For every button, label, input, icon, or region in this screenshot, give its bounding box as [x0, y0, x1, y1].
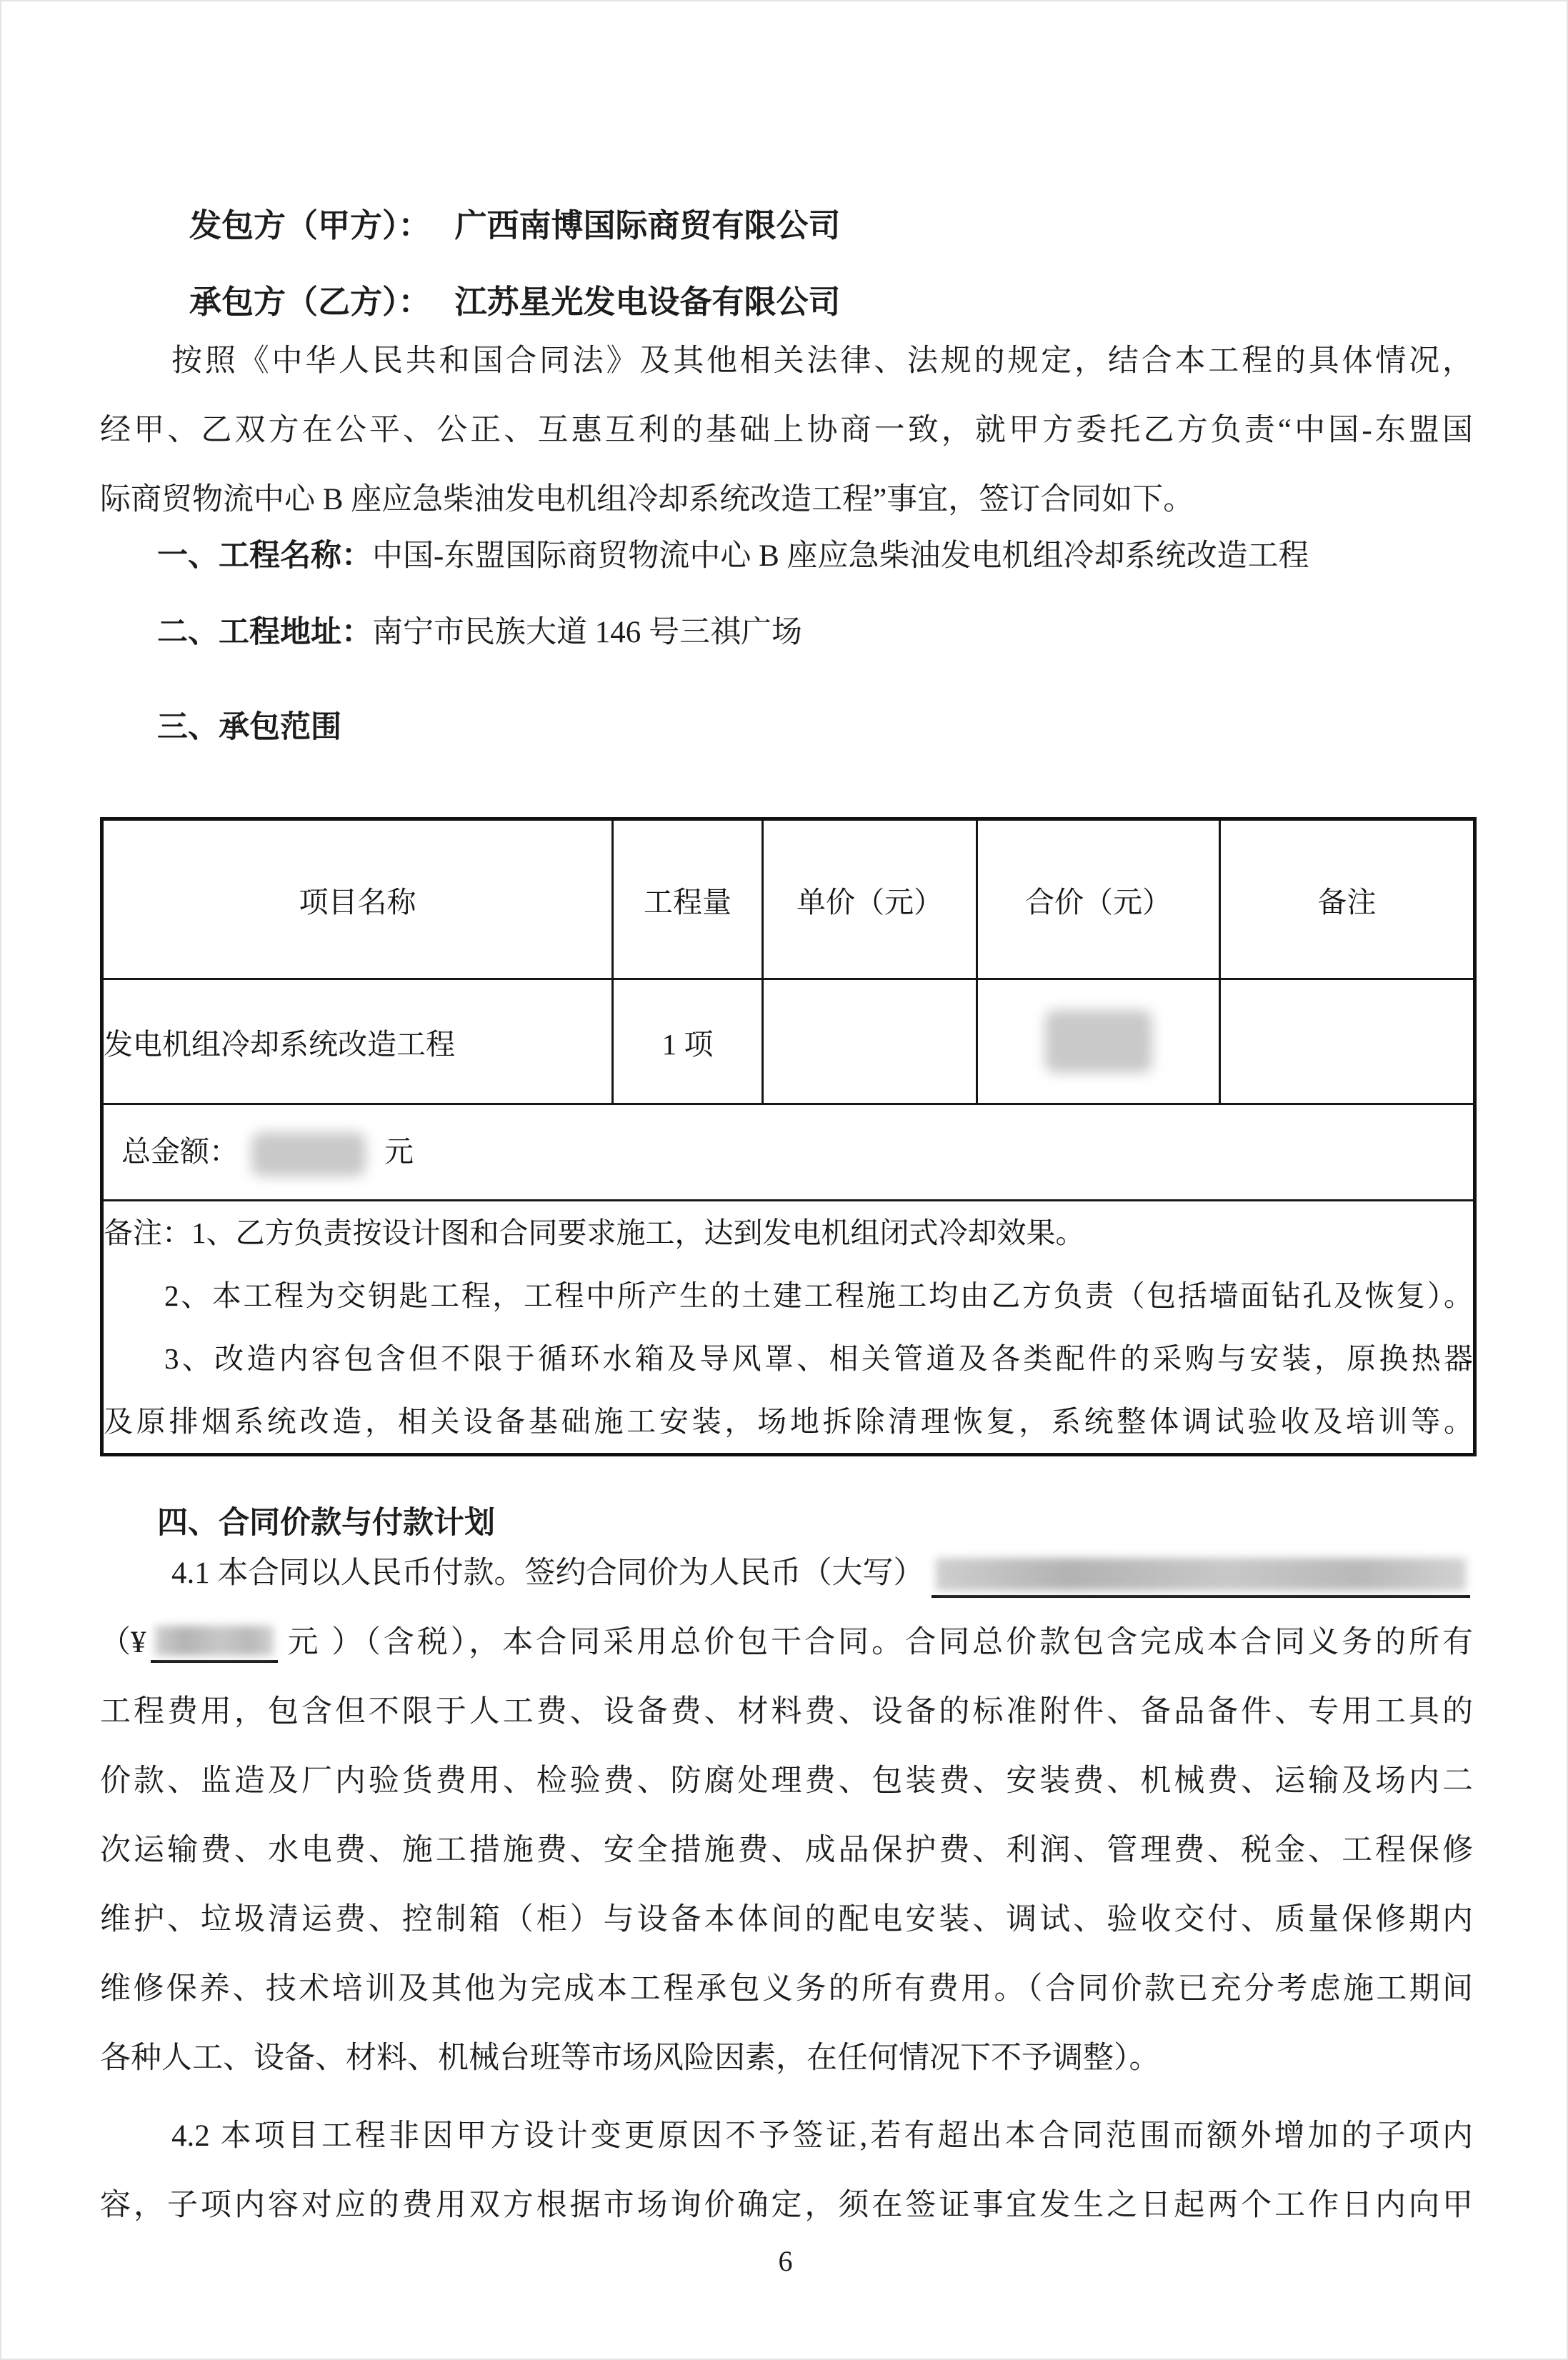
section-1-label: 一、工程名称：	[157, 539, 372, 573]
clause-4-1: 4.1 本合同以人民币付款。签约合同价为人民币（大写） （¥ 元 ）（含税），本…	[100, 1539, 1473, 2093]
section-4-label: 四、合同价款与付款计划	[157, 1506, 495, 1540]
header-quantity: 工程量	[613, 819, 763, 979]
clause-4-1-line-6: 维护、垃圾清运费、控制箱（柜）与设备本体间的配电安装、调试、验收交付、质量保修期…	[100, 1885, 1473, 1954]
party-b-name: 江苏星光发电设备有限公司	[455, 284, 841, 320]
preamble-paragraph: 按照《中华人民共和国合同法》及其他相关法律、法规的规定，结合本工程的具体情况， …	[100, 326, 1473, 534]
remark-line-1: 备注：1、乙方负责按设计图和合同要求施工，达到发电机组闭式冷却效果。	[104, 1201, 1473, 1264]
remarks-row: 备注：1、乙方负责按设计图和合同要求施工，达到发电机组闭式冷却效果。 2、本工程…	[102, 1201, 1475, 1455]
remark-line-3: 3、改造内容包含但不限于循环水箱及导风罩、相关管道及各类配件的采购与安装，原换热…	[104, 1327, 1473, 1390]
clause-4-2-line-1: 4.2 本项目工程非因甲方设计变更原因不予签证,若有超出本合同范围而额外增加的子…	[100, 2101, 1473, 2171]
clause-4-1-line-8: 各种人工、设备、材料、机械台班等市场风险因素，在任何情况下不予调整）。	[100, 2024, 1473, 2093]
page-number: 6	[1, 2244, 1568, 2278]
preamble-line: 经甲、乙双方在公平、公正、互惠互利的基础上协商一致，就甲方委托乙方负责“中国-东…	[100, 396, 1473, 465]
contract-price-words-label: 4.1 本合同以人民币付款。签约合同价为人民币（大写）	[171, 1539, 924, 1608]
clause-4-1-line-3: 工程费用，包含但不限于人工费、设备费、材料费、设备的标准附件、备品备件、专用工具…	[100, 1677, 1473, 1746]
clause-4-1-line-4: 价款、监造及厂内验货费用、检验费、防腐处理费、包装费、安装费、机械费、运输及场内…	[100, 1746, 1473, 1816]
remark-line-2: 2、本工程为交钥匙工程，工程中所产生的土建工程施工均由乙方负责（包括墙面钻孔及恢…	[104, 1264, 1473, 1327]
scope-table: 项目名称 工程量 单价（元） 合价（元） 备注 发电机组冷却系统改造工程 1 项…	[100, 817, 1477, 1456]
contract-page: 发包方（甲方）：广西南博国际商贸有限公司 承包方（乙方）：江苏星光发电设备有限公…	[0, 0, 1568, 2360]
header-unit-price: 单价（元）	[763, 819, 977, 979]
clause-4-1-line-2: （¥ 元 ）（含税），本合同采用总价包干合同。合同总价款包含完成本合同义务的所有	[100, 1608, 1473, 1677]
redacted-total-amount	[251, 1132, 366, 1176]
total-amount-row: 总金额：元	[102, 1104, 1475, 1201]
header-remark: 备注	[1220, 819, 1475, 979]
section-2-project-address: 二、工程地址：南宁市民族大道 146 号三祺广场	[100, 598, 1473, 667]
redacted-amount-in-words	[932, 1556, 1471, 1598]
section-2-label: 二、工程地址：	[157, 616, 372, 649]
header-total-price: 合价（元）	[977, 819, 1220, 979]
redacted-total-price	[1045, 1010, 1152, 1073]
redaction-blur	[936, 1558, 1467, 1591]
header-item-name: 项目名称	[102, 819, 613, 979]
section-3-label: 三、承包范围	[157, 711, 341, 744]
redacted-amount-in-figures	[151, 1624, 278, 1663]
section-1-text: 中国-东盟国际商贸物流中心 B 座应急柴油发电机组冷却系统改造工程	[372, 539, 1309, 573]
remarks-cell: 备注：1、乙方负责按设计图和合同要求施工，达到发电机组闭式冷却效果。 2、本工程…	[102, 1201, 1475, 1455]
contract-price-figure-open: （¥	[100, 1608, 146, 1677]
remark-line-4: 及原排烟系统改造，相关设备基础施工安装，场地拆除清理恢复，系统整体调试验收及培训…	[104, 1390, 1473, 1453]
clause-4-2: 4.2 本项目工程非因甲方设计变更原因不予签证,若有超出本合同范围而额外增加的子…	[100, 2101, 1473, 2240]
party-b-label: 承包方（乙方）：	[189, 284, 431, 320]
cell-item-name: 发电机组冷却系统改造工程	[102, 979, 613, 1104]
clause-4-1-line-5: 次运输费、水电费、施工措施费、安全措施费、成品保护费、利润、管理费、税金、工程保…	[100, 1816, 1473, 1885]
total-amount-unit: 元	[384, 1135, 414, 1168]
table-row: 发电机组冷却系统改造工程 1 项	[102, 979, 1475, 1104]
clause-4-1-line-7: 维修保养、技术培训及其他为完成本工程承包义务的所有费用。（合同价款已充分考虑施工…	[100, 1954, 1473, 2024]
cell-remark	[1220, 979, 1475, 1104]
cell-quantity: 1 项	[613, 979, 763, 1104]
section-2-text: 南宁市民族大道 146 号三祺广场	[372, 616, 802, 649]
clause-4-2-line-2: 容，子项内容对应的费用双方根据市场询价确定，须在签证事宜发生之日起两个工作日内向…	[100, 2171, 1473, 2240]
total-amount-cell: 总金额：元	[102, 1104, 1475, 1201]
preamble-line: 按照《中华人民共和国合同法》及其他相关法律、法规的规定，结合本工程的具体情况，	[100, 326, 1473, 396]
section-1-project-name: 一、工程名称：中国-东盟国际商贸物流中心 B 座应急柴油发电机组冷却系统改造工程	[100, 521, 1473, 591]
table-header-row: 项目名称 工程量 单价（元） 合价（元） 备注	[102, 819, 1475, 979]
total-amount-label: 总金额：	[121, 1135, 239, 1168]
cell-unit-price	[763, 979, 977, 1104]
clause-4-1-line-2-text: 元 ）（含税），本合同采用总价包干合同。合同总价款包含完成本合同义务的所有	[288, 1608, 1474, 1677]
section-3-scope-heading: 三、承包范围	[100, 693, 1473, 762]
cell-total-price	[977, 979, 1220, 1104]
clause-4-1-line-1: 4.1 本合同以人民币付款。签约合同价为人民币（大写）	[100, 1539, 1473, 1608]
redaction-blur	[155, 1626, 274, 1656]
